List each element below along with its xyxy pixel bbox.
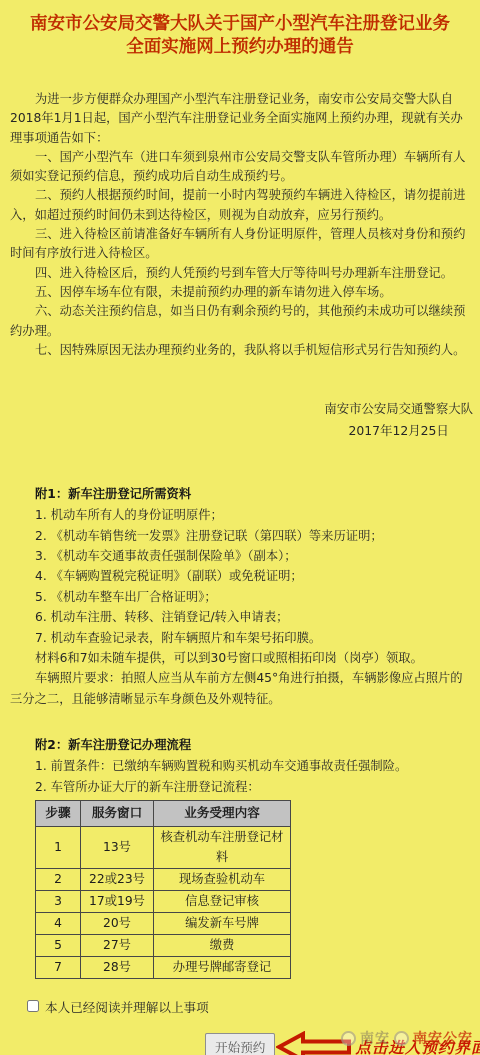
appendix-1-item-4: 4. 《车辆购置税完税证明》（副联）或免税证明； xyxy=(10,566,472,586)
table-row: 7 28号 办理号牌邮寄登记 xyxy=(36,956,291,978)
appendix-1-item-7: 7. 机动车查验记录表，附车辆照片和车架号拓印膜。 xyxy=(10,628,472,648)
table-row: 4 20号 编发新车号牌 xyxy=(36,912,291,934)
cell-step: 1 xyxy=(36,827,81,869)
police-badge-icon xyxy=(394,1031,409,1046)
notice-item-6: 六、动态关注预约信息，如当日仍有剩余预约号的，其他预约未成功可以继续预约办理。 xyxy=(10,302,472,341)
agree-label: 本人已经阅读并理解以上事项 xyxy=(45,997,209,1016)
table-row: 5 27号 缴费 xyxy=(36,934,291,956)
watermark: 南安 南安公安 xyxy=(341,1028,473,1048)
cell-window: 20号 xyxy=(81,912,154,934)
police-badge-icon xyxy=(341,1031,356,1046)
col-header-step: 步骤 xyxy=(36,801,81,827)
cell-content: 缴费 xyxy=(154,934,291,956)
notice-item-2: 二、预约人根据预约时间，提前一小时内驾驶预约车辆进入待检区，请勿提前进入，如超过… xyxy=(10,186,472,225)
cell-window: 13号 xyxy=(81,827,154,869)
cell-window: 22或23号 xyxy=(81,868,154,890)
watermark-text-a: 南安 xyxy=(360,1028,390,1048)
agree-row: 本人已经阅读并理解以上事项 xyxy=(27,997,480,1016)
cell-step: 5 xyxy=(36,934,81,956)
table-row: 2 22或23号 现场查验机动车 xyxy=(36,868,291,890)
notice-item-3: 三、进入待检区前请准备好车辆所有人身份证明原件，管理人员核对身份和预约时间有序放… xyxy=(10,225,472,264)
signature-date: 2017年12月25日 xyxy=(324,420,473,442)
notice-body: 为进一步方便群众办理国产小型汽车注册登记业务，南安市公安局交警大队自2018年1… xyxy=(10,90,472,360)
notice-intro: 为进一步方便群众办理国产小型汽车注册登记业务，南安市公安局交警大队自2018年1… xyxy=(10,90,472,148)
cell-step: 4 xyxy=(36,912,81,934)
cell-window: 28号 xyxy=(81,956,154,978)
cell-content: 办理号牌邮寄登记 xyxy=(154,956,291,978)
col-header-window: 服务窗口 xyxy=(81,801,154,827)
watermark-text-b: 南安公安 xyxy=(413,1028,473,1048)
signature-block: 南安市公安局交通警察大队 2017年12月25日 xyxy=(324,398,473,442)
cell-step: 3 xyxy=(36,890,81,912)
table-row: 1 13号 核查机动车注册登记材料 xyxy=(36,827,291,869)
appendix-2: 附2：新车注册登记办理流程 1. 前置条件：已缴纳车辆购置税和购买机动车交通事故… xyxy=(10,735,472,979)
process-table: 步骤 服务窗口 业务受理内容 1 13号 核查机动车注册登记材料 2 22或23… xyxy=(35,800,291,979)
notice-item-4: 四、进入待检区后，预约人凭预约号到车管大厅等待叫号办理新车注册登记。 xyxy=(10,264,472,283)
cell-content: 信息登记审核 xyxy=(154,890,291,912)
appendix-1-note-materials: 材料6和7如未随车提供，可以到30号窗口或照相拓印岗（岗亭）领取。 xyxy=(10,648,472,668)
appendix-1-note-photo: 车辆照片要求：拍照人应当从车前方左侧45°角进行拍摄，车辆影像应占照片的三分之二… xyxy=(10,668,472,709)
signature-org: 南安市公安局交通警察大队 xyxy=(324,398,473,420)
start-booking-button[interactable]: 开始预约 xyxy=(205,1033,275,1055)
table-row: 3 17或19号 信息登记审核 xyxy=(36,890,291,912)
cell-step: 2 xyxy=(36,868,81,890)
cell-content: 现场查验机动车 xyxy=(154,868,291,890)
appendix-1-item-1: 1. 机动车所有人的身份证明原件； xyxy=(10,505,472,525)
cell-content: 编发新车号牌 xyxy=(154,912,291,934)
page-title-line1: 南安市公安局交警大队关于国产小型汽车注册登记业务 xyxy=(30,14,450,34)
appendix-1: 附1：新车注册登记所需资料 1. 机动车所有人的身份证明原件； 2. 《机动车销… xyxy=(10,484,472,709)
appendix-2-process-intro: 2. 车管所办证大厅的新车注册登记流程： xyxy=(10,777,472,797)
appendix-1-item-5: 5. 《机动车整车出厂合格证明》； xyxy=(10,587,472,607)
cell-content: 核查机动车注册登记材料 xyxy=(154,827,291,869)
col-header-content: 业务受理内容 xyxy=(154,801,291,827)
notice-item-1: 一、国产小型汽车（进口车须到泉州市公安局交警支队车管所办理）车辆所有人须如实登记… xyxy=(10,148,472,187)
appendix-1-item-6: 6. 机动车注册、转移、注销登记/转入申请表； xyxy=(10,607,472,627)
appendix-1-item-3: 3. 《机动车交通事故责任强制保险单》（副本）； xyxy=(10,546,472,566)
appendix-2-heading: 附2：新车注册登记办理流程 xyxy=(10,735,472,756)
page-title-line2: 全面实施网上预约办理的通告 xyxy=(126,37,354,57)
notice-item-5: 五、因停车场车位有限，未提前预约办理的新车请勿进入停车场。 xyxy=(10,283,472,302)
cell-window: 17或19号 xyxy=(81,890,154,912)
agree-checkbox[interactable] xyxy=(27,1000,39,1012)
appendix-1-item-2: 2. 《机动车销售统一发票》注册登记联（第四联）等来历证明； xyxy=(10,526,472,546)
cell-window: 27号 xyxy=(81,934,154,956)
appendix-1-heading: 附1：新车注册登记所需资料 xyxy=(10,484,472,505)
page-title: 南安市公安局交警大队关于国产小型汽车注册登记业务全面实施网上预约办理的通告 xyxy=(0,0,480,59)
appendix-2-precondition: 1. 前置条件：已缴纳车辆购置税和购买机动车交通事故责任强制险。 xyxy=(10,756,472,776)
process-table-header-row: 步骤 服务窗口 业务受理内容 xyxy=(36,801,291,827)
cell-step: 7 xyxy=(36,956,81,978)
notice-item-7: 七、因特殊原因无法办理预约业务的，我队将以手机短信形式另行告知预约人。 xyxy=(10,341,472,360)
